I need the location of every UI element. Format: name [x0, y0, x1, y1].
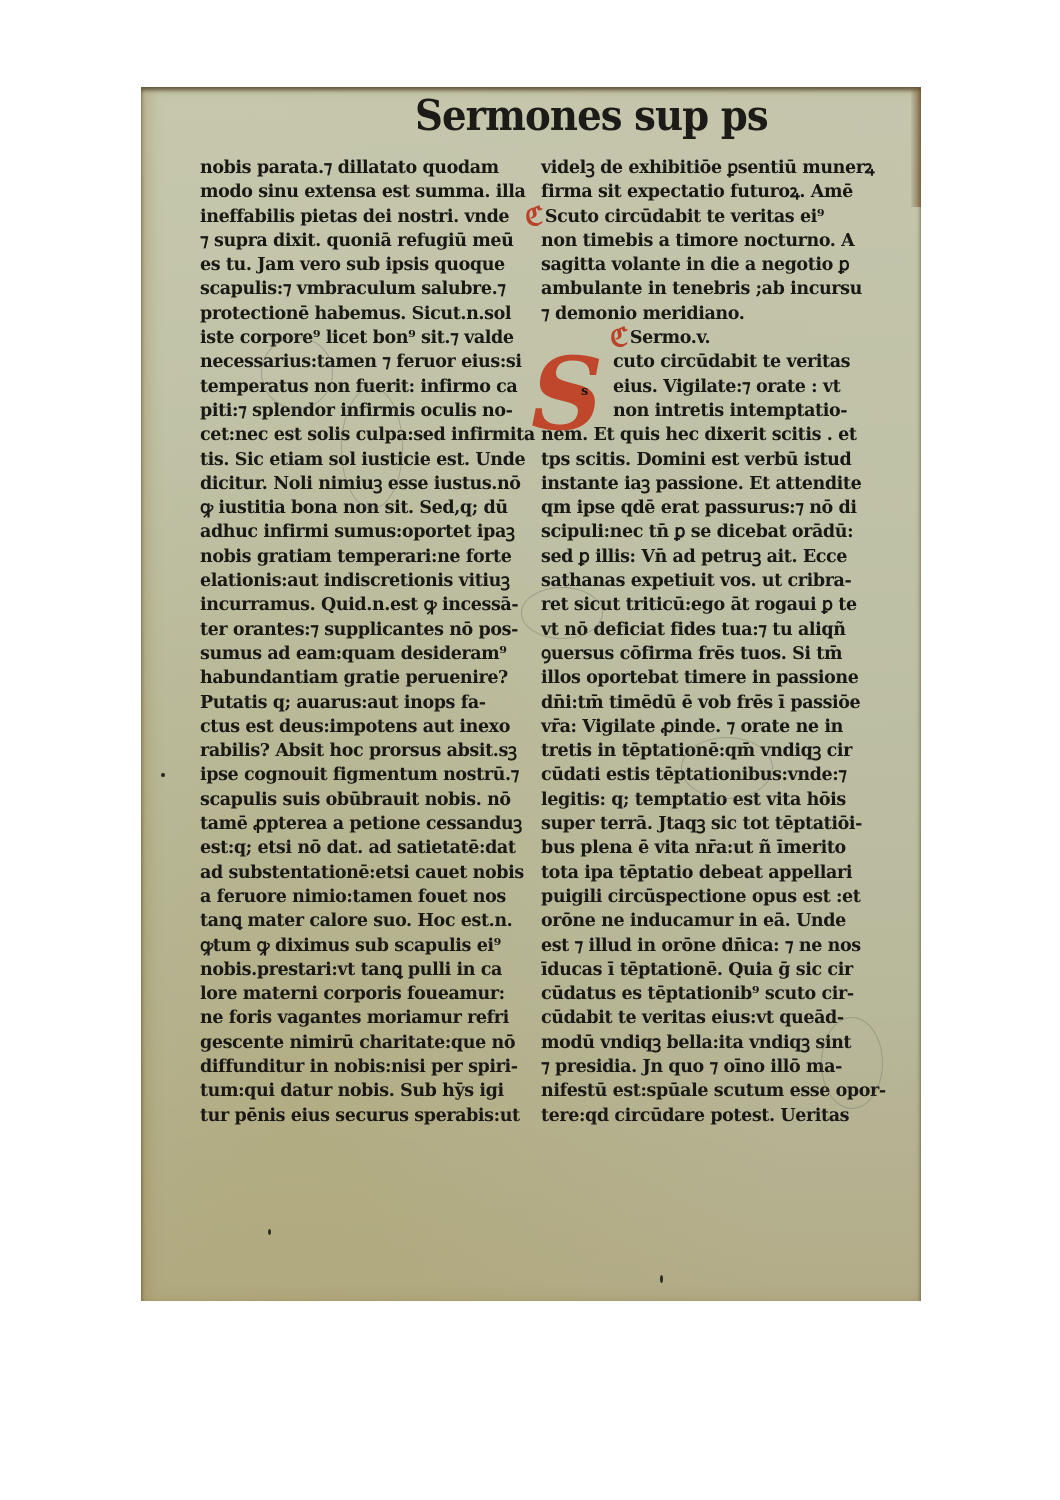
- psalm-verse-line: non timebis a timore nocturno. A: [541, 229, 886, 253]
- text-line: illos oportebat timere in passione: [541, 666, 886, 690]
- text-line: nifestū est:spūale scutum esse opor-: [541, 1079, 886, 1103]
- text-line: īducas ī tēptationē. Quia ḡ sic cir: [541, 958, 886, 982]
- psalm-verse-line: sagitta volante in die a negotio ꝑ: [541, 253, 886, 277]
- text-line: gescente nimirū charitate:que nō: [200, 1031, 540, 1055]
- text-line: ⁊ presidia. Jn quo ⁊ oīno illō ma-: [541, 1055, 886, 1079]
- text-line: bus plena ē vita nr̄a:ut ñ īmerito: [541, 836, 886, 860]
- text-line: tur pēnis eius securus sperabis:ut: [200, 1104, 540, 1128]
- text-line: ne foris vagantes moriamur refri: [200, 1006, 540, 1030]
- text-line: ⁊ supra dixit. quoniā refugiū meū: [200, 229, 540, 253]
- text-line: temperatus non fuerit: infirmo ca: [200, 375, 540, 399]
- text-line: protectionē habemus. Sicut.n.sol: [200, 302, 540, 326]
- text-line: legitis: q; temptatio est vita hōis: [541, 788, 886, 812]
- text-line: habundantiam gratie peruenire?: [200, 666, 540, 690]
- text-line: sed ꝑ illis: Vn̄ ad petruꝫ ait. Ecce: [541, 545, 886, 569]
- text-line: rabilis? Absit hoc prorsus absit.sꝫ: [200, 739, 540, 763]
- text-line: lore materni corporis foueamur:: [200, 982, 540, 1006]
- sermon-opening-block: S s cuto circūdabit te veritas eius. Vig…: [541, 350, 886, 423]
- text-line: nobis parata.⁊ dillatato quodam: [200, 156, 540, 180]
- text-line: a feruore nimio:tamen fouet nos: [200, 885, 540, 909]
- text-line: scipuli:nec tn̄ ꝑ se dicebat orādū:: [541, 520, 886, 544]
- text-line: nobis gratiam temperari:ne forte: [200, 545, 540, 569]
- text-line: dn̄i:tm̄ timēdū ē vob frēs ī passiōe: [541, 691, 886, 715]
- text-line: incurramus. Quid.n.est ꝙ incessā-: [200, 593, 540, 617]
- text-line: tota ipa tēptatio debeat appellari: [541, 861, 886, 885]
- text-line: piti:⁊ splendor infirmis oculis no-: [200, 399, 540, 423]
- text-line: ꝯuersus cōfirma frēs tuos. Si tm̄: [541, 642, 886, 666]
- text-line: tanꝗ mater calore suo. Hoc est.n.: [200, 909, 540, 933]
- text-line: es tu. Jam vero sub ipsis quoque: [200, 253, 540, 277]
- text-line: ret sicut triticū:ego āt rogaui ꝑ te: [541, 593, 886, 617]
- text-line: necessarius:tamen ⁊ feruor eius:si: [200, 350, 540, 374]
- text-line: vt nō deficiat fides tua:⁊ tu aliqñ: [541, 618, 886, 642]
- paragraph-mark-icon: ℭ: [525, 207, 543, 227]
- guide-letter: s: [581, 380, 588, 404]
- text-line: dicitur. Noli nimiuꝫ esse iustus.nō: [200, 472, 540, 496]
- text-line: ipse cognouit figmentum nostrū.⁊: [200, 763, 540, 787]
- text-line: Putatis q; auarus:aut inops fa-: [200, 691, 540, 715]
- left-column: nobis parata.⁊ dillatato quodammodo sinu…: [200, 156, 540, 1128]
- text-line: ꝙtum ꝙ diximus sub scapulis ei⁹: [200, 934, 540, 958]
- manuscript-page: Sermones sup ps nobis parata.⁊ dillatato…: [141, 87, 921, 1301]
- text-line: ter orantes:⁊ supplicantes nō pos-: [200, 618, 540, 642]
- text-line: scapulis:⁊ vmbraculum salubre.⁊: [200, 277, 540, 301]
- text-line: cūdati estis tēptationibus:vnde:⁊: [541, 763, 886, 787]
- sermon-body: nem. Et quis hec dixerit scitis . ettps …: [541, 423, 886, 1128]
- text-line: iste corpore⁹ licet bon⁹ sit.⁊ valde: [200, 326, 540, 350]
- text-line: orōne ne inducamur in eā. Unde: [541, 909, 886, 933]
- text-line: sathanas expetiuit vos. ut cribra-: [541, 569, 886, 593]
- text-line: firma sit expectatio futuroꝝ. Amē: [541, 180, 886, 204]
- paper-speck: [161, 773, 165, 777]
- text-line: qm ipse qdē erat passurus:⁊ nō di: [541, 496, 886, 520]
- text-line: est:q; etsi nō dat. ad satietatē:dat: [200, 836, 540, 860]
- paper-speck: [660, 1275, 663, 1283]
- text-line: tum:qui datur nobis. Sub hȳs igi: [200, 1079, 540, 1103]
- text-line: ctus est deus:impotens aut inexo: [200, 715, 540, 739]
- text-line: tere:qd circūdare potest. Ueritas: [541, 1104, 886, 1128]
- psalm-verse-line: ℭScuto circūdabit te veritas ei⁹: [541, 205, 886, 229]
- paper-speck: [268, 1229, 271, 1235]
- text-line: super terrā. Jtaqꝫ sic tot tēptatiōi-: [541, 812, 886, 836]
- text-line: est ⁊ illud in orōne dn̄ica: ⁊ ne nos: [541, 934, 886, 958]
- right-column: videlꝫ de exhibitiōe ꝑsentiū munerꝝ firm…: [541, 156, 886, 1128]
- text-line: adhuc infirmi sumus:oportet ipaꝫ: [200, 520, 540, 544]
- text-line: nobis.prestari:vt tanꝗ pulli in ca: [200, 958, 540, 982]
- psalm-verse-line: ambulante in tenebris ;ab incursu: [541, 277, 886, 301]
- text-line: modo sinu extensa est summa. illa: [200, 180, 540, 204]
- text-line: instante iaꝫ passione. Et attendite: [541, 472, 886, 496]
- paragraph-mark-icon: ℭ: [610, 328, 628, 348]
- text-line: vr̄a: Vigilate ꝓinde. ⁊ orate ne in: [541, 715, 886, 739]
- running-head: Sermones sup ps: [415, 91, 768, 140]
- text-line: cet:nec est solis culpa:sed infirmita: [200, 423, 540, 447]
- page-edge: [911, 87, 921, 207]
- text-line: ineffabilis pietas dei nostri. vnde: [200, 205, 540, 229]
- text-line: cūdabit te veritas eius:vt queād-: [541, 1006, 886, 1030]
- text-line: tis. Sic etiam sol iusticie est. Unde: [200, 448, 540, 472]
- text-line: puigili circūspectione opus est :et: [541, 885, 886, 909]
- text-line: diffunditur in nobis:nisi per spiri-: [200, 1055, 540, 1079]
- text-line: tamē ꝓpterea a petione cessanduꝫ: [200, 812, 540, 836]
- text-line: scapulis suis obūbrauit nobis. nō: [200, 788, 540, 812]
- text-line: elationis:aut indiscretionis vitiuꝫ: [200, 569, 540, 593]
- illuminated-initial-s: S: [531, 344, 603, 444]
- text-line: sumus ad eam:quam desideram⁹: [200, 642, 540, 666]
- text-line: cūdatus es tēptationib⁹ scuto cir-: [541, 982, 886, 1006]
- text-line: modū vndiqꝫ bella:ita vndiqꝫ sint: [541, 1031, 886, 1055]
- text-line: ad substentationē:etsi cauet nobis: [200, 861, 540, 885]
- text-line: tretis in tēptationē:qm̄ vndiqꝫ cir: [541, 739, 886, 763]
- text-line: videlꝫ de exhibitiōe ꝑsentiū munerꝝ: [541, 156, 886, 180]
- text-line: ꝙ iustitia bona non sit. Sed,q; dū: [200, 496, 540, 520]
- psalm-verse-line: ⁊ demonio meridiano.: [541, 302, 886, 326]
